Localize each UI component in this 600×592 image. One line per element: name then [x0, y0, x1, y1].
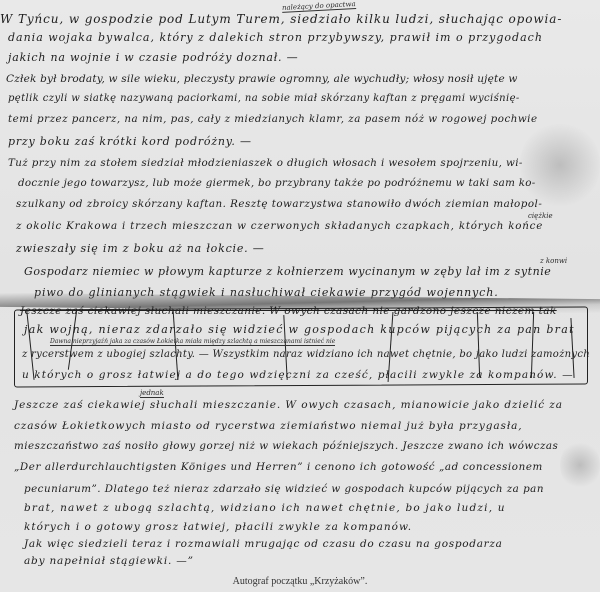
manuscript-line: Tuż przy nim za stołem siedział młodzien… — [8, 157, 523, 169]
interlinear-insert: należący do opactwa — [282, 0, 356, 13]
crossed-out-line: u których o grosz łatwiej a do tego wdzi… — [22, 369, 574, 381]
manuscript-line: z okolic Krakowa i trzech mieszczan w cz… — [16, 220, 543, 232]
interlinear-insert: z konwi — [540, 257, 567, 265]
manuscript-line: których i o gotowy grosz łatwiej, płacil… — [24, 521, 412, 533]
manuscript-line: Jak więc siedzieli teraz i rozmawiali mr… — [24, 538, 503, 550]
interlinear-insert: Dawna nieprzyjaźń jaka za czasów Łokietk… — [50, 338, 335, 346]
manuscript-line: Człek był brodaty, w sile wieku, pleczys… — [6, 73, 518, 85]
manuscript-line: W Tyńcu, w gospodzie pod Lutym Turem, si… — [0, 12, 562, 26]
manuscript-line: Jeszcze zaś ciekawiej słuchali mieszczan… — [14, 399, 563, 411]
manuscript-line: Gospodarz niemiec w płowym kapturze z ko… — [24, 265, 551, 278]
paper-stain — [560, 440, 600, 490]
manuscript-line: pecuniarum”. Dlatego też nieraz zdarzało… — [24, 483, 544, 495]
crossed-out-line: Jeszcze zaś ciekawiej słuchali mieszczan… — [20, 305, 557, 317]
manuscript-page: należący do opactwa W Tyńcu, w gospodzie… — [0, 0, 600, 592]
paper-stain — [520, 120, 600, 210]
manuscript-line: zwieszały się im z boku aż na łokcie. — — [16, 242, 265, 255]
manuscript-line: czasów Łokietkowych miasto od rycerstwa … — [14, 420, 523, 432]
manuscript-line: dania wojaka bywalca, który z dalekich s… — [8, 31, 543, 44]
crossed-out-line: z rycerstwem z ubogiej szlachty. — Wszys… — [22, 349, 590, 360]
figure-caption: Autograf początku „Krzyżaków”. — [0, 576, 600, 587]
manuscript-line: przy boku zaś krótki kord podróżny. — — [8, 135, 252, 148]
interlinear-insert: jednak — [140, 389, 164, 398]
crossed-out-line: jak wojną, nieraz zdarzało się widzieć w… — [24, 323, 575, 336]
interlinear-insert: ciężkie — [528, 212, 553, 220]
manuscript-line: mieszczaństwo zaś nosiło głowy gorzej ni… — [14, 440, 558, 452]
manuscript-line: pętlik czyli w siatkę nazywaną paciorkam… — [8, 93, 520, 104]
manuscript-line: aby napełniał stągiewki. —” — [24, 555, 194, 567]
manuscript-line: temi przez pancerz, na nim, pas, cały z … — [8, 113, 538, 125]
manuscript-line: brat, nawet z ubogą szlachtą, widziano i… — [24, 502, 506, 514]
manuscript-line: szulkany od zbroicy skórzany kaftan. Res… — [16, 198, 542, 210]
manuscript-line: jakich na wojnie i w czasie podróży dozn… — [8, 51, 298, 64]
manuscript-line: docznie jego towarzysz, lub może giermek… — [18, 177, 536, 189]
manuscript-line: „Der allerdurchlauchtigsten Königes und … — [14, 461, 543, 473]
